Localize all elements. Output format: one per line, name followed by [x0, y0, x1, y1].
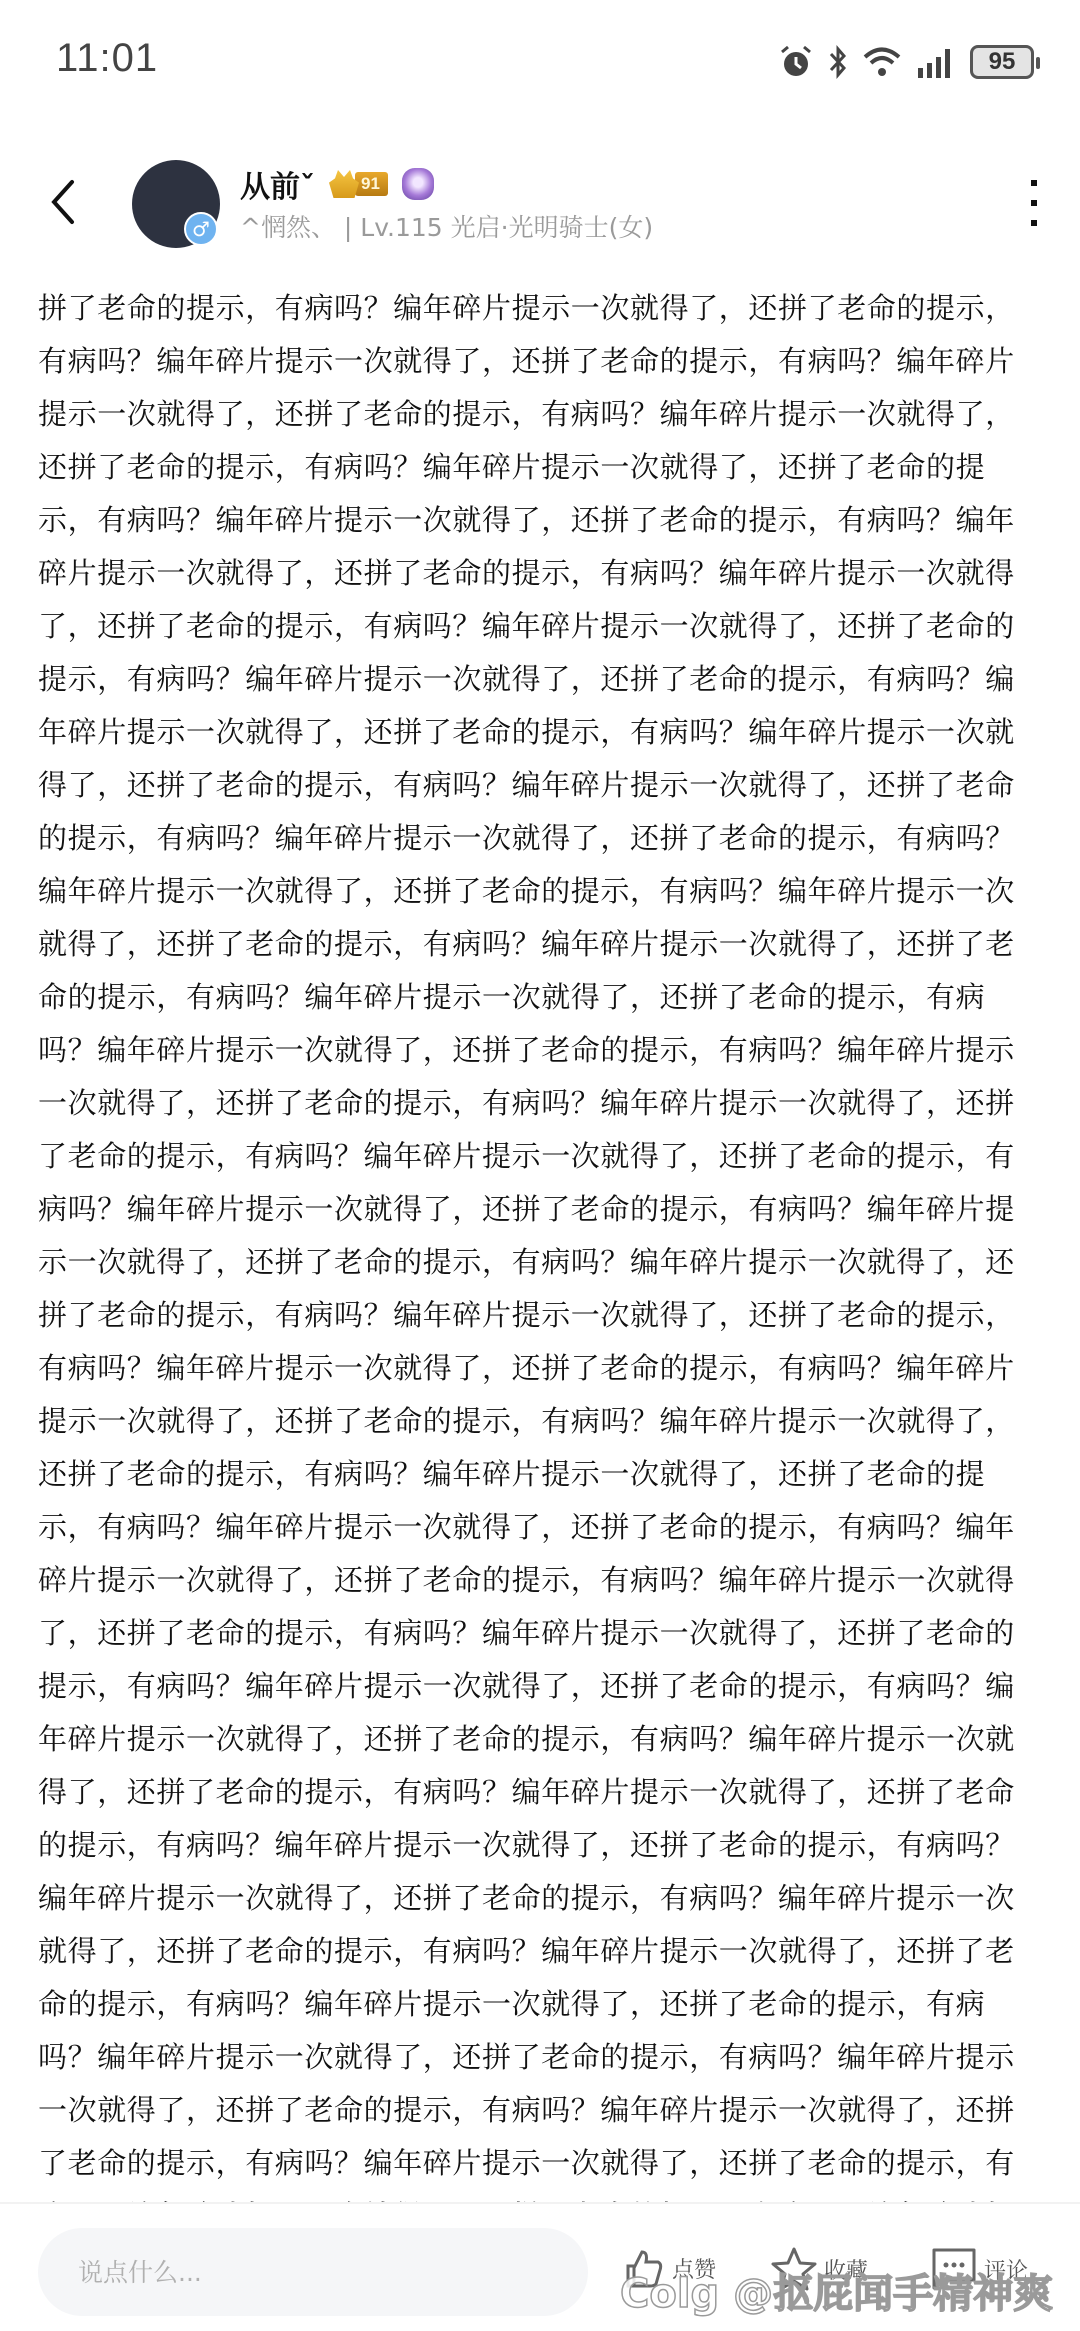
post-text-line: 吗？编年碎片提示一次就得了，还拼了老命的提示，有病吗？编年碎片提示	[38, 2031, 1048, 2084]
status-icons: 95	[778, 42, 1034, 82]
comment-input[interactable]	[38, 2228, 588, 2316]
post-text-line: 还拼了老命的提示，有病吗？编年碎片提示一次就得了，还拼了老命的提	[38, 441, 1048, 494]
favorite-button[interactable]: 收藏	[770, 2246, 868, 2292]
male-icon: ♂	[184, 212, 218, 246]
status-time: 11:01	[56, 36, 158, 81]
comment-button[interactable]: 评论	[930, 2246, 1028, 2292]
comment-bubble-icon	[930, 2246, 978, 2292]
alarm-icon	[778, 44, 814, 80]
post-text-line: 提示一次就得了，还拼了老命的提示，有病吗？编年碎片提示一次就得了，	[38, 1395, 1048, 1448]
post-text-line: 了老命的提示，有病吗？编年碎片提示一次就得了，还拼了老命的提示，有	[38, 2137, 1048, 2190]
battery-indicator: 95	[970, 45, 1034, 79]
post-text-line: 了，还拼了老命的提示，有病吗？编年碎片提示一次就得了，还拼了老命的	[38, 1607, 1048, 1660]
post-text-line: 提示，有病吗？编年碎片提示一次就得了，还拼了老命的提示，有病吗？编	[38, 653, 1048, 706]
post-text-line: 有病吗？编年碎片提示一次就得了，还拼了老命的提示，有病吗？编年碎片	[38, 1342, 1048, 1395]
comment-label: 评论	[984, 2254, 1028, 2285]
post-text-line: 的提示，有病吗？编年碎片提示一次就得了，还拼了老命的提示，有病吗？	[38, 812, 1048, 865]
level-badge: 91	[329, 170, 388, 198]
post-text-line: 提示一次就得了，还拼了老命的提示，有病吗？编年碎片提示一次就得了，	[38, 388, 1048, 441]
post-text-line: 年碎片提示一次就得了，还拼了老命的提示，有病吗？编年碎片提示一次就	[38, 706, 1048, 759]
post-text-line: 一次就得了，还拼了老命的提示，有病吗？编年碎片提示一次就得了，还拼	[38, 2084, 1048, 2137]
post-text-line: 的提示，有病吗？编年碎片提示一次就得了，还拼了老命的提示，有病吗？	[38, 1819, 1048, 1872]
back-button[interactable]	[40, 172, 90, 232]
post-text-line: 拼了老命的提示，有病吗？编年碎片提示一次就得了，还拼了老命的提示，	[38, 282, 1048, 335]
user-name-row: 从前ˇ 91	[240, 162, 434, 206]
status-bar: 11:01 95	[0, 0, 1080, 130]
star-icon	[770, 2246, 818, 2292]
post-text-line: 碎片提示一次就得了，还拼了老命的提示，有病吗？编年碎片提示一次就得	[38, 1554, 1048, 1607]
post-text-line: 命的提示，有病吗？编年碎片提示一次就得了，还拼了老命的提示，有病	[38, 971, 1048, 1024]
post-text-line: 得了，还拼了老命的提示，有病吗？编年碎片提示一次就得了，还拼了老命	[38, 1766, 1048, 1819]
post-text-line: 就得了，还拼了老命的提示，有病吗？编年碎片提示一次就得了，还拼了老	[38, 1925, 1048, 1978]
post-text-line: 了老命的提示，有病吗？编年碎片提示一次就得了，还拼了老命的提示，有	[38, 1130, 1048, 1183]
chevron-left-icon	[40, 172, 90, 232]
post-text-line: 吗？编年碎片提示一次就得了，还拼了老命的提示，有病吗？编年碎片提示	[38, 1024, 1048, 1077]
thumbs-up-icon	[622, 2246, 666, 2290]
post-text-line: 一次就得了，还拼了老命的提示，有病吗？编年碎片提示一次就得了，还拼	[38, 1077, 1048, 1130]
post-text-line: 拼了老命的提示，有病吗？编年碎片提示一次就得了，还拼了老命的提示，	[38, 1289, 1048, 1342]
post-text-line: 示一次就得了，还拼了老命的提示，有病吗？编年碎片提示一次就得了，还	[38, 1236, 1048, 1289]
post-text-line: 年碎片提示一次就得了，还拼了老命的提示，有病吗？编年碎片提示一次就	[38, 1713, 1048, 1766]
wifi-icon	[862, 44, 902, 80]
post-body: 拼了老命的提示，有病吗？编年碎片提示一次就得了，还拼了老命的提示，有病吗？编年碎…	[38, 282, 1048, 2243]
user-name[interactable]: 从前ˇ	[240, 162, 315, 206]
more-options-button[interactable]	[1024, 180, 1044, 226]
post-text-line: 还拼了老命的提示，有病吗？编年碎片提示一次就得了，还拼了老命的提	[38, 1448, 1048, 1501]
level-number: 91	[355, 172, 388, 196]
bluetooth-icon	[828, 44, 848, 80]
post-text-line: 得了，还拼了老命的提示，有病吗？编年碎片提示一次就得了，还拼了老命	[38, 759, 1048, 812]
post-text-line: 有病吗？编年碎片提示一次就得了，还拼了老命的提示，有病吗？编年碎片	[38, 335, 1048, 388]
user-subtitle: ^惘然、 | Lv.115 光启·光明骑士(女)	[240, 208, 653, 244]
post-text-line: 了，还拼了老命的提示，有病吗？编年碎片提示一次就得了，还拼了老命的	[38, 600, 1048, 653]
like-button[interactable]: 点赞	[622, 2246, 716, 2290]
favorite-label: 收藏	[824, 2254, 868, 2285]
post-text-line: 病吗？编年碎片提示一次就得了，还拼了老命的提示，有病吗？编年碎片提	[38, 1183, 1048, 1236]
post-text-line: 示，有病吗？编年碎片提示一次就得了，还拼了老命的提示，有病吗？编年	[38, 494, 1048, 547]
post-text-line: 就得了，还拼了老命的提示，有病吗？编年碎片提示一次就得了，还拼了老	[38, 918, 1048, 971]
post-text-line: 命的提示，有病吗？编年碎片提示一次就得了，还拼了老命的提示，有病	[38, 1978, 1048, 2031]
post-text-line: 碎片提示一次就得了，还拼了老命的提示，有病吗？编年碎片提示一次就得	[38, 547, 1048, 600]
post-text-line: 编年碎片提示一次就得了，还拼了老命的提示，有病吗？编年碎片提示一次	[38, 1872, 1048, 1925]
like-label: 点赞	[672, 2253, 716, 2284]
post-text-line: 示，有病吗？编年碎片提示一次就得了，还拼了老命的提示，有病吗？编年	[38, 1501, 1048, 1554]
bottom-action-bar: 点赞 收藏 评论 Colg @抠屁闻手精神爽	[0, 2202, 1080, 2331]
post-header: ♂ 从前ˇ 91 ^惘然、 | Lv.115 光启·光明骑士(女)	[0, 150, 1080, 260]
guild-emblem-icon	[402, 168, 434, 200]
more-vertical-icon	[1031, 180, 1037, 186]
post-text-line: 提示，有病吗？编年碎片提示一次就得了，还拼了老命的提示，有病吗？编	[38, 1660, 1048, 1713]
post-text-line: 编年碎片提示一次就得了，还拼了老命的提示，有病吗？编年碎片提示一次	[38, 865, 1048, 918]
signal-icon	[916, 44, 956, 80]
